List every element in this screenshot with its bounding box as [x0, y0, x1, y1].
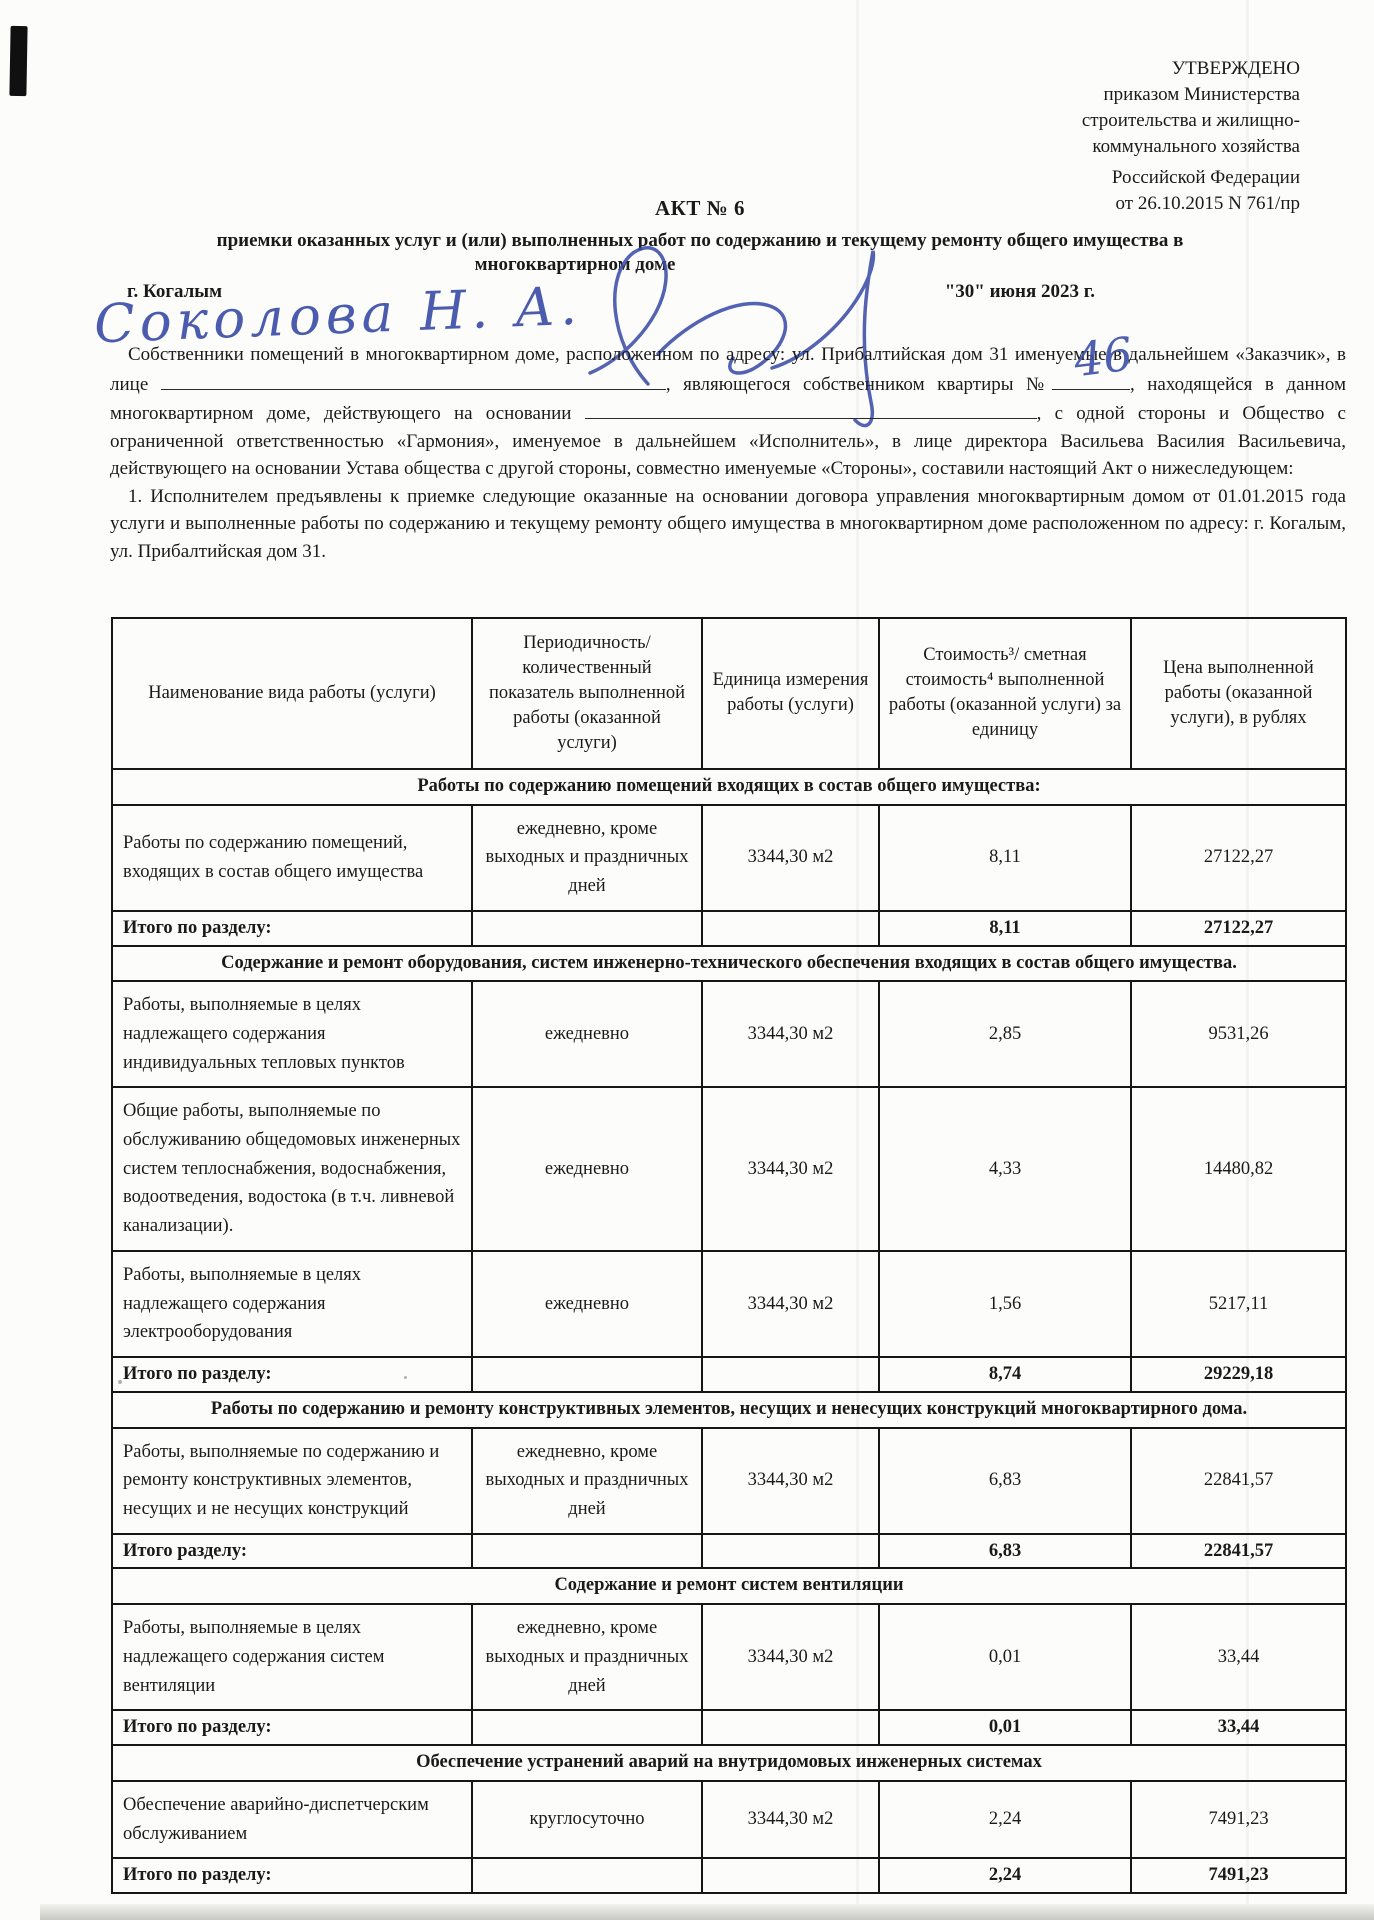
- table-row: Работы, выполняемые в целях надлежащего …: [112, 1604, 1346, 1710]
- price-cell: 33,44: [1131, 1604, 1346, 1710]
- date-label: "30" июня 2023 г.: [945, 281, 1095, 303]
- scan-speck: [118, 1380, 122, 1384]
- price-cell: 14480,82: [1131, 1087, 1346, 1250]
- total-rate-cell: 0,01: [879, 1710, 1131, 1745]
- work-name-cell: Работы, выполняемые в целях надлежащего …: [112, 1604, 472, 1710]
- periodicity-cell: ежедневно, кроме выходных и праздничных …: [472, 805, 702, 911]
- total-label-cell: Итого по разделу:: [112, 1858, 472, 1893]
- paragraph-text: , являющегося собственником квартиры №: [666, 374, 1052, 395]
- column-header: Единица измерения работы (услуги): [702, 618, 879, 769]
- total-rate-cell: 2,24: [879, 1858, 1131, 1893]
- section-total-row: Итого по разделу:0,0133,44: [112, 1710, 1346, 1745]
- total-label-cell: Итого по разделу:: [112, 1357, 472, 1392]
- table-row: Работы, выполняемые в целях надлежащего …: [112, 981, 1346, 1087]
- services-table-body: Работы по содержанию помещений входящих …: [112, 769, 1346, 1893]
- approval-line: строительства и жилищно-: [1082, 108, 1300, 134]
- periodicity-cell: ежедневно, кроме выходных и праздничных …: [472, 1604, 702, 1710]
- section-title: Работы по содержанию и ремонту конструкт…: [112, 1392, 1346, 1428]
- body-paragraph-2: 1. Исполнителем предъявлены к приемке сл…: [110, 483, 1346, 566]
- table-row: Работы по содержанию помещений, входящих…: [112, 805, 1346, 911]
- total-price-cell: 27122,27: [1131, 911, 1346, 946]
- total-price-cell: 29229,18: [1131, 1357, 1346, 1392]
- empty-cell: [472, 1357, 702, 1392]
- section-total-row: Итого по разделу:8,7429229,18: [112, 1357, 1346, 1392]
- periodicity-cell: ежедневно, кроме выходных и праздничных …: [472, 1428, 702, 1534]
- empty-cell: [472, 1710, 702, 1745]
- scanned-act-page: УТВЕРЖДЕНОприказом Министерствастроитель…: [0, 0, 1374, 1920]
- column-header: Наименование вида работы (услуги): [112, 618, 472, 769]
- work-name-cell: Работы, выполняемые в целях надлежащего …: [112, 1251, 472, 1357]
- unit-cost-cell: 2,85: [879, 981, 1131, 1087]
- total-price-cell: 33,44: [1131, 1710, 1346, 1745]
- section-total-row: Итого по разделу:8,1127122,27: [112, 911, 1346, 946]
- price-cell: 22841,57: [1131, 1428, 1346, 1534]
- periodicity-cell: ежедневно: [472, 1251, 702, 1357]
- section-header-row: Обеспечение устранений аварий на внутрид…: [112, 1745, 1346, 1781]
- price-cell: 9531,26: [1131, 981, 1346, 1087]
- unit-cost-cell: 2,24: [879, 1781, 1131, 1858]
- empty-cell: [702, 911, 879, 946]
- section-total-row: Итого разделу:6,8322841,57: [112, 1534, 1346, 1569]
- section-title: Содержание и ремонт систем вентиляции: [112, 1568, 1346, 1604]
- periodicity-cell: ежедневно: [472, 981, 702, 1087]
- total-label-cell: Итого по разделу:: [112, 1710, 472, 1745]
- approval-line: УТВЕРЖДЕНО: [1082, 56, 1300, 82]
- section-title: Обеспечение устранений аварий на внутрид…: [112, 1745, 1346, 1781]
- section-title: Работы по содержанию помещений входящих …: [112, 769, 1346, 805]
- periodicity-cell: ежедневно: [472, 1087, 702, 1250]
- price-cell: 5217,11: [1131, 1251, 1346, 1357]
- scan-corner-artifact: [9, 26, 27, 96]
- unit-cell: 3344,30 м2: [702, 981, 879, 1087]
- work-name-cell: Работы, выполняемые в целях надлежащего …: [112, 981, 472, 1087]
- total-price-cell: 22841,57: [1131, 1534, 1346, 1569]
- table-row: Общие работы, выполняемые по обслуживани…: [112, 1087, 1346, 1250]
- unit-cell: 3344,30 м2: [702, 805, 879, 911]
- price-cell: 27122,27: [1131, 805, 1346, 911]
- empty-cell: [472, 1858, 702, 1893]
- unit-cell: 3344,30 м2: [702, 1781, 879, 1858]
- empty-cell: [702, 1534, 879, 1569]
- work-name-cell: Работы по содержанию помещений, входящих…: [112, 805, 472, 911]
- total-price-cell: 7491,23: [1131, 1858, 1346, 1893]
- unit-cell: 3344,30 м2: [702, 1428, 879, 1534]
- blank-line-representative: [161, 369, 666, 390]
- empty-cell: [472, 1534, 702, 1569]
- unit-cell: 3344,30 м2: [702, 1251, 879, 1357]
- blank-line-basis: [585, 398, 1037, 419]
- unit-cost-cell: 0,01: [879, 1604, 1131, 1710]
- header-row: Наименование вида работы (услуги)Периоди…: [112, 618, 1346, 769]
- total-rate-cell: 6,83: [879, 1534, 1131, 1569]
- services-table-header: Наименование вида работы (услуги)Периоди…: [112, 618, 1346, 769]
- section-header-row: Содержание и ремонт систем вентиляции: [112, 1568, 1346, 1604]
- services-table: Наименование вида работы (услуги)Периоди…: [111, 617, 1347, 1894]
- price-cell: 7491,23: [1131, 1781, 1346, 1858]
- unit-cost-cell: 4,33: [879, 1087, 1131, 1250]
- table-row: Обеспечение аварийно-диспетчерским обслу…: [112, 1781, 1346, 1858]
- unit-cell: 3344,30 м2: [702, 1604, 879, 1710]
- total-label-cell: Итого разделу:: [112, 1534, 472, 1569]
- column-header: Цена выполненной работы (оказанной услуг…: [1131, 618, 1346, 769]
- unit-cost-cell: 1,56: [879, 1251, 1131, 1357]
- approval-line: Российской Федерации: [1082, 165, 1300, 191]
- empty-cell: [702, 1858, 879, 1893]
- approval-line: коммунального хозяйства: [1082, 134, 1300, 160]
- section-header-row: Содержание и ремонт оборудования, систем…: [112, 946, 1346, 982]
- work-name-cell: Общие работы, выполняемые по обслуживани…: [112, 1087, 472, 1250]
- scan-speck: [404, 1376, 407, 1379]
- unit-cost-cell: 8,11: [879, 805, 1131, 911]
- column-header: Стоимость³/ сметная стоимость⁴ выполненн…: [879, 618, 1131, 769]
- act-subtitle-line1: приемки оказанных услуг и (или) выполнен…: [70, 230, 1330, 252]
- section-title: Содержание и ремонт оборудования, систем…: [112, 946, 1346, 982]
- empty-cell: [702, 1710, 879, 1745]
- approval-block: УТВЕРЖДЕНОприказом Министерствастроитель…: [1082, 56, 1300, 217]
- approval-line: приказом Министерства: [1082, 82, 1300, 108]
- column-header: Периодичность/ количественный показатель…: [472, 618, 702, 769]
- total-rate-cell: 8,11: [879, 911, 1131, 946]
- work-name-cell: Обеспечение аварийно-диспетчерским обслу…: [112, 1781, 472, 1858]
- unit-cell: 3344,30 м2: [702, 1087, 879, 1250]
- unit-cost-cell: 6,83: [879, 1428, 1131, 1534]
- periodicity-cell: круглосуточно: [472, 1781, 702, 1858]
- act-subtitle-line2: многоквартирном доме: [0, 254, 1205, 276]
- section-header-row: Работы по содержанию помещений входящих …: [112, 769, 1346, 805]
- empty-cell: [472, 911, 702, 946]
- total-rate-cell: 8,74: [879, 1357, 1131, 1392]
- section-header-row: Работы по содержанию и ремонту конструкт…: [112, 1392, 1346, 1428]
- handwritten-apartment-number: 46: [1053, 330, 1135, 385]
- empty-cell: [702, 1357, 879, 1392]
- body-text: Собственники помещений в многоквартирном…: [110, 341, 1346, 566]
- body-paragraph-1: Собственники помещений в многоквартирном…: [110, 341, 1346, 483]
- section-total-row: Итого по разделу:2,247491,23: [112, 1858, 1346, 1893]
- table-row: Работы, выполняемые по содержанию и ремо…: [112, 1428, 1346, 1534]
- scan-bottom-edge: [40, 1904, 1374, 1920]
- table-row: Работы, выполняемые в целях надлежащего …: [112, 1251, 1346, 1357]
- act-number-title: АКТ № 6: [70, 196, 1330, 221]
- document-title-block: АКТ № 6 приемки оказанных услуг и (или) …: [70, 196, 1330, 276]
- work-name-cell: Работы, выполняемые по содержанию и ремо…: [112, 1428, 472, 1534]
- total-label-cell: Итого по разделу:: [112, 911, 472, 946]
- blank-apartment-number: 46: [1052, 369, 1130, 390]
